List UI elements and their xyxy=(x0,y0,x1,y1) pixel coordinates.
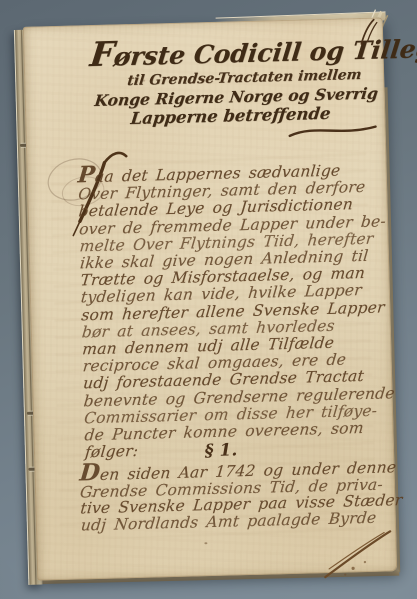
underline-flourish-icon xyxy=(287,121,379,141)
document-title: Første Codicill og Tilleg til Grendse-Tr… xyxy=(87,30,391,130)
paper-speck xyxy=(204,542,207,544)
archive-photo-background: Første Codicill og Tilleg til Grendse-Tr… xyxy=(0,0,417,599)
closing-flourish-icon xyxy=(322,527,395,581)
section-1-paragraph: Den siden Aar 1742 og under denne Grends… xyxy=(78,457,390,533)
corner-flourish-icon xyxy=(353,17,380,48)
manuscript-page: Første Codicill og Tilleg til Grendse-Tr… xyxy=(23,17,397,580)
preamble-paragraph: Paa det Lappernes sædvanlige Over Flytni… xyxy=(77,160,385,462)
section-mark: § 1. xyxy=(184,440,258,462)
manuscript-book: Første Codicill og Tilleg til Grendse-Tr… xyxy=(23,17,397,580)
